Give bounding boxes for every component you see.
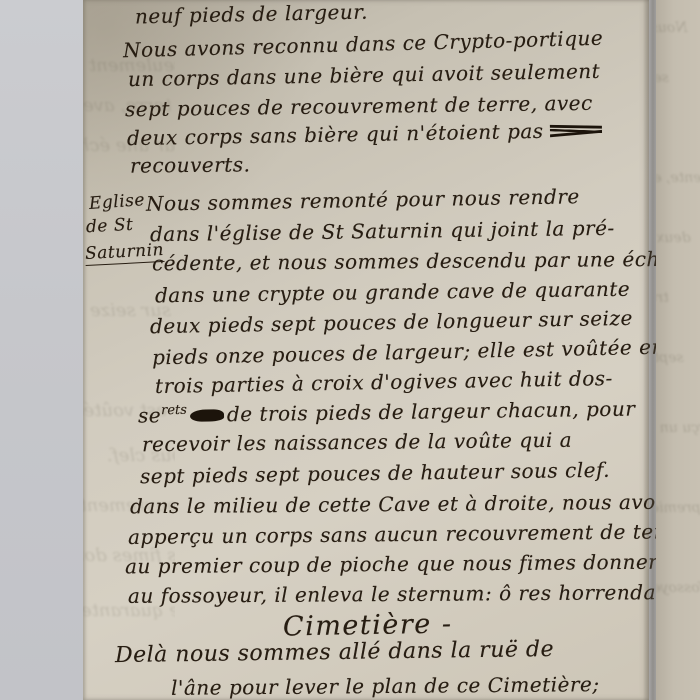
bleed-text: trois parties à croix d'ogives avec huit… <box>656 290 669 306</box>
margin-note-de-st: de St <box>86 215 134 237</box>
ink-blot <box>190 409 224 421</box>
manuscript-line: sept pouces de recouvrement de terre, av… <box>125 91 593 122</box>
bleed-text: apperçu un corps sans aucun recouvrement… <box>656 420 700 436</box>
manuscript-line: apperçu un corps sans aucun recouvrement… <box>128 519 694 549</box>
margin-note-eglise: Eglise <box>88 190 145 214</box>
bleed-text: deux pieds sept pouces de longueur sur s… <box>656 230 691 246</box>
bleed-text: sept pieds sept pouces de hauteur sous c… <box>656 350 684 366</box>
manuscript-line: deux corps sans bière qui n'étoient pas <box>127 118 602 150</box>
manuscript-line: dans le milieu de cette Cave et à droite… <box>130 490 680 519</box>
manuscript-line: Nous sommes remonté pour nous rendre <box>146 184 580 216</box>
bleed-text: Nous avons reconnu dans ce Crypto-portiq… <box>656 20 687 36</box>
manuscript-photo: un corps dans une bière qui avoit seulem… <box>0 0 700 700</box>
bleed-text: sept pouces de recouvrement de terre, av… <box>656 70 669 86</box>
manuscript-line: recevoir les naissances de la voûte qui … <box>142 428 572 457</box>
bleed-text: cédente, et nous sommes descendu par une… <box>656 170 700 186</box>
manuscript-page: un corps dans une bière qui avoit seulem… <box>83 0 649 700</box>
manuscript-line: pieds onze pouces de largeur; elle est v… <box>152 335 665 370</box>
manuscript-line: Nous avons reconnu dans ce Crypto-portiq… <box>123 26 604 63</box>
manuscript-line: dans une crypte ou grande cave de quaran… <box>155 277 630 308</box>
manuscript-line: recouverts. <box>130 152 251 177</box>
manuscript-line: sept pieds sept pouces de hauteur sous c… <box>140 458 610 489</box>
manuscript-line: neuf pieds de largeur. <box>135 0 368 28</box>
correction-above-blot: rets <box>161 403 187 418</box>
bleed-text: au fossoyeur, il enleva le sternum: ô re… <box>656 580 700 596</box>
manuscript-line: cédente, et nous sommes descendu par une… <box>152 247 699 276</box>
section-heading-cimetiere: Cimetière - <box>283 609 453 643</box>
adjacent-page-edge: Nous avons reconnu dans ce Crypto-portiq… <box>656 0 700 700</box>
manuscript-line: au fossoyeur, il enleva le sternum: ô re… <box>128 580 665 608</box>
manuscript-line: dans l'église de St Saturnin qui joint l… <box>150 216 615 246</box>
manuscript-line: au premier coup de pioche que nous fimes… <box>125 550 658 579</box>
crossed-out-word <box>549 123 601 138</box>
manuscript-line: deux pieds sept pouces de longueur sur s… <box>150 306 633 338</box>
manuscript-line: Delà nous sommes allé dans la ruë de <box>115 637 554 668</box>
manuscript-line-with-blot: seretsde trois pieds de largeur chacun, … <box>138 397 636 428</box>
scanner-surface <box>0 0 83 700</box>
manuscript-line-text: deux corps sans bière qui n'étoient pas <box>127 119 544 150</box>
manuscript-line: trois parties à croix d'ogives avec huit… <box>155 366 613 398</box>
blot-prefix: se <box>138 403 161 427</box>
manuscript-line: l'âne pour lever le plan de ce Cimetière… <box>171 672 600 700</box>
blot-suffix: de trois pieds de largeur chacun, pour <box>227 397 636 427</box>
bleed-text: au premier coup de pioche que nous fimes… <box>656 500 700 516</box>
manuscript-line: un corps dans une bière qui avoit seulem… <box>128 59 601 91</box>
